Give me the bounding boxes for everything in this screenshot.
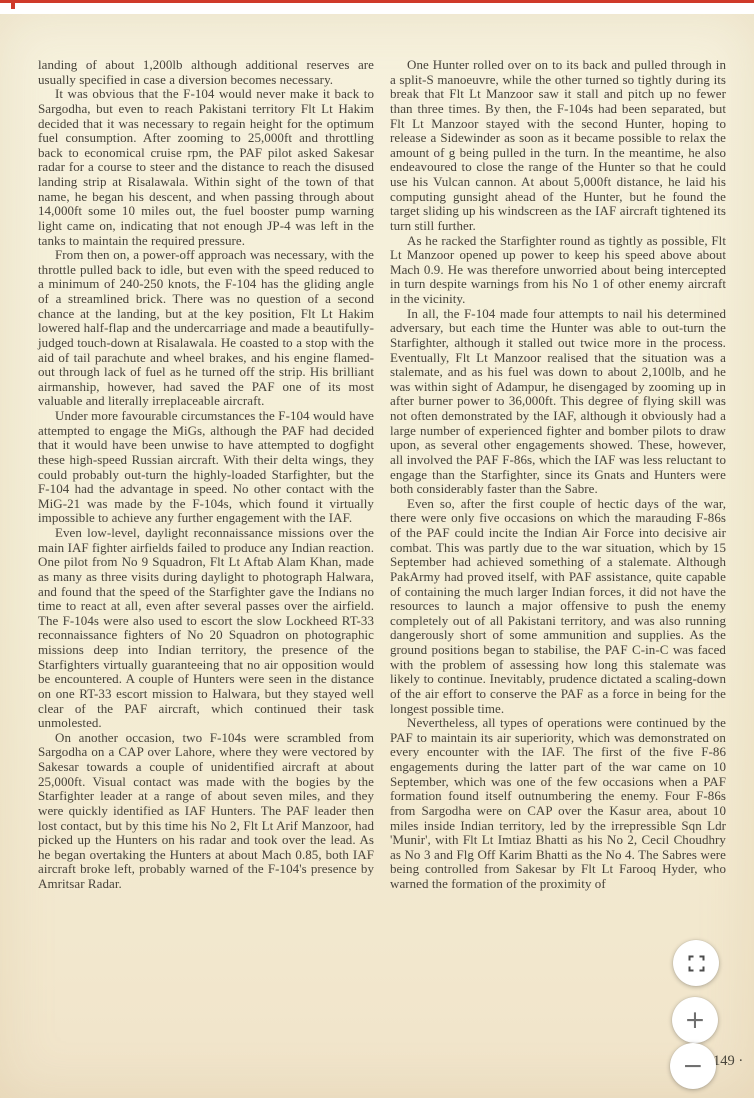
scanned-book-page: landing of about 1,200lb although additi… [0,14,754,1098]
paragraph: Nevertheless, all types of operations we… [390,716,726,892]
paragraph: In all, the F-104 made four attempts to … [390,307,726,497]
zoom-in-button[interactable]: + [672,997,718,1043]
fullscreen-icon [688,955,705,972]
top-accent-tick [11,2,15,9]
left-text-column: landing of about 1,200lb although additi… [38,58,374,892]
paragraph: Even so, after the first couple of hecti… [390,497,726,716]
paragraph: On another occasion, two F-104s were scr… [38,731,374,892]
top-accent-line [0,0,754,3]
page-number: 149 · [713,1053,743,1070]
paragraph: It was obvious that the F-104 would neve… [38,87,374,248]
zoom-out-button[interactable]: − [670,1043,716,1089]
paragraph: From then on, a power-off approach was n… [38,248,374,409]
paragraph: One Hunter rolled over on to its back an… [390,58,726,234]
paragraph: landing of about 1,200lb although additi… [38,58,374,87]
minus-icon: − [683,1053,704,1078]
plus-icon: + [685,1007,706,1032]
paragraph: As he racked the Starfighter round as ti… [390,234,726,307]
fullscreen-button[interactable] [673,940,719,986]
document-viewer: landing of about 1,200lb although additi… [0,0,754,1098]
paragraph: Even low-level, daylight reconnaissance … [38,526,374,731]
right-text-column: One Hunter rolled over on to its back an… [390,58,726,892]
paragraph: Under more favourable circumstances the … [38,409,374,526]
